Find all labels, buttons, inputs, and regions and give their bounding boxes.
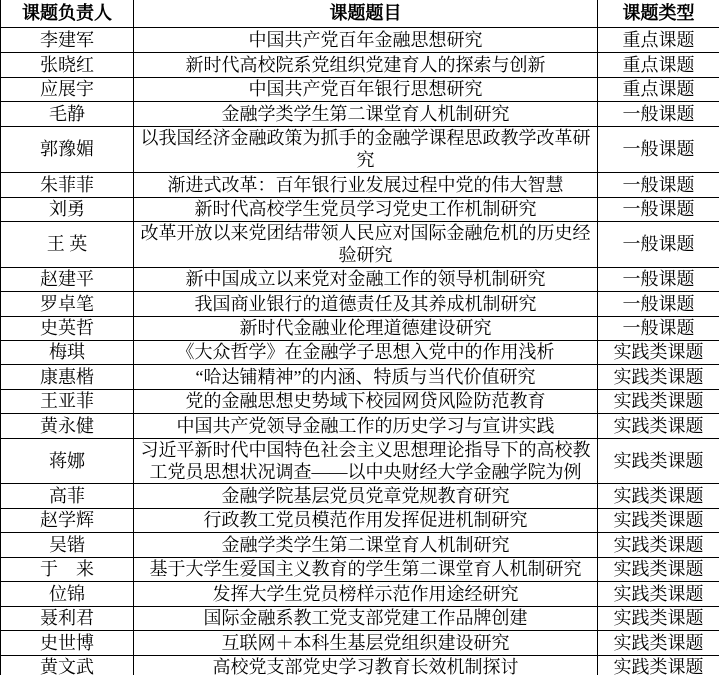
title-cell: 中国共产党领导金融工作的历史学习与宣讲实践 bbox=[134, 413, 598, 438]
type-cell: 实践类课题 bbox=[598, 581, 719, 606]
title-cell: 新时代高校院系党组织党建育人的探索与创新 bbox=[134, 52, 598, 77]
document-page: 课题负责人 课题题目 课题类型 李建军中国共产党百年金融思想研究重点课题张晓红新… bbox=[0, 0, 719, 675]
table-row: 史英哲新时代金融业伦理道德建设研究一般课题 bbox=[1, 316, 719, 340]
title-cell: 以我国经济金融政策为抓手的金融学课程思政教学改革研究 bbox=[134, 126, 598, 172]
table-row: 王 英改革开放以来党团结带领人民应对国际金融危机的历史经验研究一般课题 bbox=[1, 221, 719, 267]
table-row: 位锦发挥大学生党员榜样示范作用途经研究实践类课题 bbox=[1, 581, 719, 606]
type-cell: 实践类课题 bbox=[598, 483, 719, 508]
table-row: 黄文武高校党支部党史学习教育长效机制探讨实践类课题 bbox=[1, 655, 719, 675]
table-row: 李建军中国共产党百年金融思想研究重点课题 bbox=[1, 27, 719, 52]
type-cell: 一般课题 bbox=[598, 291, 719, 316]
leader-cell: 刘勇 bbox=[1, 197, 134, 221]
type-cell: 实践类课题 bbox=[598, 438, 719, 483]
title-cell: 党的金融思想史势域下校园网贷风险防范教育 bbox=[134, 389, 598, 413]
table-row: 黄永健中国共产党领导金融工作的历史学习与宣讲实践实践类课题 bbox=[1, 413, 719, 438]
leader-cell: 罗卓笔 bbox=[1, 291, 134, 316]
topic-table: 课题负责人 课题题目 课题类型 李建军中国共产党百年金融思想研究重点课题张晓红新… bbox=[0, 0, 719, 675]
leader-cell: 毛静 bbox=[1, 101, 134, 126]
table-row: 罗卓笔我国商业银行的道德责任及其养成机制研究一般课题 bbox=[1, 291, 719, 316]
leader-cell: 应展宇 bbox=[1, 77, 134, 101]
title-cell: “哈达铺精神”的内涵、特质与当代价值研究 bbox=[134, 364, 598, 389]
table-row: 吴锴金融学类学生第二课堂育人机制研究实践类课题 bbox=[1, 532, 719, 557]
type-cell: 实践类课题 bbox=[598, 413, 719, 438]
table-row: 康惠楷“哈达铺精神”的内涵、特质与当代价值研究实践类课题 bbox=[1, 364, 719, 389]
col-header-type: 课题类型 bbox=[598, 0, 719, 27]
type-cell: 实践类课题 bbox=[598, 389, 719, 413]
leader-cell: 史英哲 bbox=[1, 316, 134, 340]
leader-cell: 赵建平 bbox=[1, 267, 134, 291]
title-cell: 高校党支部党史学习教育长效机制探讨 bbox=[134, 655, 598, 675]
leader-cell: 蒋娜 bbox=[1, 438, 134, 483]
leader-cell: 郭豫媚 bbox=[1, 126, 134, 172]
title-cell: 基于大学生爱国主义教育的学生第二课堂育人机制研究 bbox=[134, 557, 598, 581]
title-cell: 金融学院基层党员党章党规教育研究 bbox=[134, 483, 598, 508]
table-row: 聂利君国际金融系教工党支部党建工作品牌创建实践类课题 bbox=[1, 606, 719, 630]
leader-cell: 史世博 bbox=[1, 630, 134, 655]
title-cell: 新时代高校学生党员学习党史工作机制研究 bbox=[134, 197, 598, 221]
type-cell: 重点课题 bbox=[598, 52, 719, 77]
table-row: 朱菲菲渐进式改革：百年银行业发展过程中党的伟大智慧一般课题 bbox=[1, 172, 719, 197]
type-cell: 实践类课题 bbox=[598, 655, 719, 675]
type-cell: 实践类课题 bbox=[598, 364, 719, 389]
title-cell: 国际金融系教工党支部党建工作品牌创建 bbox=[134, 606, 598, 630]
table-row: 高菲金融学院基层党员党章党规教育研究实践类课题 bbox=[1, 483, 719, 508]
title-cell: 金融学类学生第二课堂育人机制研究 bbox=[134, 101, 598, 126]
type-cell: 实践类课题 bbox=[598, 606, 719, 630]
table-row: 应展宇中国共产党百年银行思想研究重点课题 bbox=[1, 77, 719, 101]
title-cell: 行政教工党员模范作用发挥促进机制研究 bbox=[134, 508, 598, 532]
leader-cell: 王 英 bbox=[1, 221, 134, 267]
type-cell: 一般课题 bbox=[598, 316, 719, 340]
table-row: 于 来基于大学生爱国主义教育的学生第二课堂育人机制研究实践类课题 bbox=[1, 557, 719, 581]
title-cell: 新中国成立以来党对金融工作的领导机制研究 bbox=[134, 267, 598, 291]
title-cell: 互联网＋本科生基层党组织建设研究 bbox=[134, 630, 598, 655]
title-cell: 渐进式改革：百年银行业发展过程中党的伟大智慧 bbox=[134, 172, 598, 197]
leader-cell: 张晓红 bbox=[1, 52, 134, 77]
leader-cell: 位锦 bbox=[1, 581, 134, 606]
title-cell: 金融学类学生第二课堂育人机制研究 bbox=[134, 532, 598, 557]
col-header-leader: 课题负责人 bbox=[1, 0, 134, 27]
col-header-title: 课题题目 bbox=[134, 0, 598, 27]
title-cell: 新时代金融业伦理道德建设研究 bbox=[134, 316, 598, 340]
table-row: 赵学辉行政教工党员模范作用发挥促进机制研究实践类课题 bbox=[1, 508, 719, 532]
leader-cell: 黄永健 bbox=[1, 413, 134, 438]
table-row: 赵建平新中国成立以来党对金融工作的领导机制研究一般课题 bbox=[1, 267, 719, 291]
leader-cell: 吴锴 bbox=[1, 532, 134, 557]
title-cell: 中国共产党百年金融思想研究 bbox=[134, 27, 598, 52]
type-cell: 实践类课题 bbox=[598, 630, 719, 655]
type-cell: 一般课题 bbox=[598, 126, 719, 172]
title-cell: 《大众哲学》在金融学子思想入党中的作用浅析 bbox=[134, 340, 598, 364]
table-row: 毛静金融学类学生第二课堂育人机制研究一般课题 bbox=[1, 101, 719, 126]
type-cell: 实践类课题 bbox=[598, 508, 719, 532]
type-cell: 实践类课题 bbox=[598, 340, 719, 364]
leader-cell: 王亚菲 bbox=[1, 389, 134, 413]
table-row: 刘勇新时代高校学生党员学习党史工作机制研究一般课题 bbox=[1, 197, 719, 221]
leader-cell: 黄文武 bbox=[1, 655, 134, 675]
leader-cell: 李建军 bbox=[1, 27, 134, 52]
leader-cell: 朱菲菲 bbox=[1, 172, 134, 197]
type-cell: 一般课题 bbox=[598, 267, 719, 291]
title-cell: 我国商业银行的道德责任及其养成机制研究 bbox=[134, 291, 598, 316]
leader-cell: 赵学辉 bbox=[1, 508, 134, 532]
type-cell: 重点课题 bbox=[598, 77, 719, 101]
title-cell: 中国共产党百年银行思想研究 bbox=[134, 77, 598, 101]
type-cell: 一般课题 bbox=[598, 221, 719, 267]
type-cell: 一般课题 bbox=[598, 172, 719, 197]
leader-cell: 于 来 bbox=[1, 557, 134, 581]
leader-cell: 梅琪 bbox=[1, 340, 134, 364]
type-cell: 一般课题 bbox=[598, 197, 719, 221]
table-header-row: 课题负责人 课题题目 课题类型 bbox=[1, 0, 719, 27]
table-row: 郭豫媚以我国经济金融政策为抓手的金融学课程思政教学改革研究一般课题 bbox=[1, 126, 719, 172]
table-row: 梅琪《大众哲学》在金融学子思想入党中的作用浅析实践类课题 bbox=[1, 340, 719, 364]
table-row: 史世博互联网＋本科生基层党组织建设研究实践类课题 bbox=[1, 630, 719, 655]
title-cell: 发挥大学生党员榜样示范作用途经研究 bbox=[134, 581, 598, 606]
title-cell: 习近平新时代中国特色社会主义思想理论指导下的高校教工党员思想状况调查——以中央财… bbox=[134, 438, 598, 483]
title-cell: 改革开放以来党团结带领人民应对国际金融危机的历史经验研究 bbox=[134, 221, 598, 267]
table-row: 王亚菲党的金融思想史势域下校园网贷风险防范教育实践类课题 bbox=[1, 389, 719, 413]
leader-cell: 康惠楷 bbox=[1, 364, 134, 389]
type-cell: 实践类课题 bbox=[598, 532, 719, 557]
leader-cell: 聂利君 bbox=[1, 606, 134, 630]
type-cell: 一般课题 bbox=[598, 101, 719, 126]
table-row: 蒋娜习近平新时代中国特色社会主义思想理论指导下的高校教工党员思想状况调查——以中… bbox=[1, 438, 719, 483]
table-row: 张晓红新时代高校院系党组织党建育人的探索与创新重点课题 bbox=[1, 52, 719, 77]
type-cell: 重点课题 bbox=[598, 27, 719, 52]
leader-cell: 高菲 bbox=[1, 483, 134, 508]
type-cell: 实践类课题 bbox=[598, 557, 719, 581]
